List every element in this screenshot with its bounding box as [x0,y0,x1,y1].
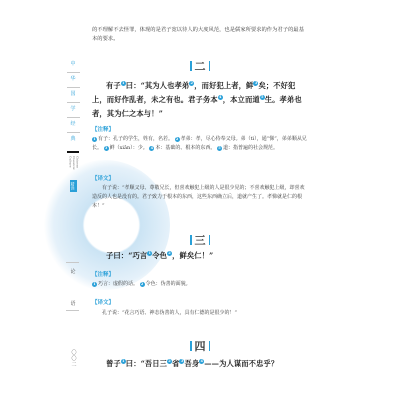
sidebar-book-char: 论 [66,268,80,275]
section-heading: 三 [92,232,308,248]
sidebar-divider [66,262,79,263]
notes-list: 1有子：孔子的学生，姓有，名若。 2孝弟：孝，尽心侍奉父母。弟（tì），通“悌”… [92,135,308,153]
sidebar-tag: 精读 [70,180,77,192]
sidebar-char: 学 [67,103,80,118]
page-number: 〇〇二 [71,350,77,368]
notes-label: 【注释】 [92,271,308,280]
sidebar-char: 经 [67,118,80,133]
section-heading: 四 [92,338,308,354]
section-heading: 二 [92,58,308,74]
sidebar-char: 国 [67,88,80,103]
sidebar-divider [67,151,79,153]
sidebar-char: 中 [67,58,80,73]
original-text: 有子1曰：“其为人也孝弟2，而好犯上者，鲜3矣；不好犯上，而好作乱者，未之有也。… [92,79,308,121]
sidebar-divider [66,310,79,311]
translation-text: 有子说：“孝顺父母、尊敬兄长，但喜欢触犯上级的人是很少见的；不喜欢触犯上级，却喜… [92,184,308,211]
sidebar-english-title: Chinese Classical Culture [68,156,79,176]
intro-paragraph: 的不理解不去怪罪，体现的是君子宽以待人的大度风范，也是儒家所要求的作为君子的最基… [92,26,308,44]
original-text: 曾子1曰：“吾日三2省3吾身4——为人谋而不忠乎？ [92,357,308,371]
original-text: 子曰：“巧言1令色2，鲜矣仁！” [92,249,308,263]
sidebar-char: 典 [67,133,80,147]
translation-label: 【译文】 [92,299,308,308]
translation-label: 【译文】 [92,175,308,184]
notes-list: 1巧言：虚假的话。 2令色：伪善的面貌。 [92,280,308,289]
sidebar-book-char: 语 [66,300,80,307]
translation-text: 孔子说：“花言巧语、神态伪善的人，具有仁德的是很少的！” [92,309,308,318]
notes-label: 【注释】 [92,126,308,135]
sidebar-char: 华 [67,73,80,88]
sidebar-series-title: 中 华 国 学 经 典 Chinese Classical Culture 精读 [66,58,80,192]
